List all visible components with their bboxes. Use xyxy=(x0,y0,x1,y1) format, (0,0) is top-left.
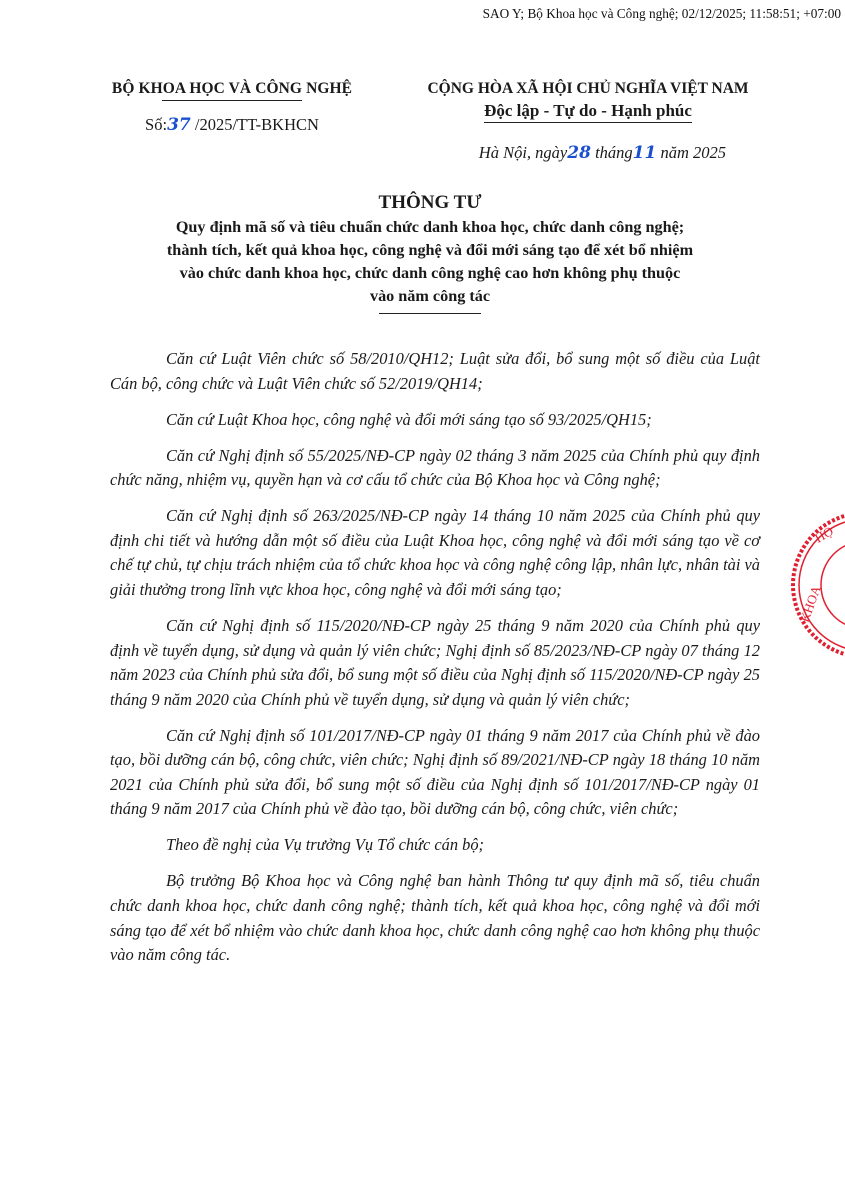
month-label: tháng xyxy=(591,143,633,162)
issuer-underline xyxy=(162,100,302,101)
subject-line: Quy định mã số và tiêu chuẩn chức danh k… xyxy=(100,216,760,239)
subject-line: vào năm công tác xyxy=(100,285,760,308)
preamble-paragraph: Căn cứ Nghị định số 55/2025/NĐ-CP ngày 0… xyxy=(110,444,760,493)
place-date: Hà Nội, ngày28 tháng11 năm 2025 xyxy=(398,143,778,163)
preamble-paragraph: Căn cứ Nghị định số 263/2025/NĐ-CP ngày … xyxy=(110,504,760,602)
handwritten-day: 28 xyxy=(567,143,591,163)
document-type: THÔNG TƯ xyxy=(100,192,760,214)
preamble-paragraph: Căn cứ Luật Khoa học, công nghệ và đổi m… xyxy=(110,408,760,433)
preamble-paragraph: Căn cứ Luật Viên chức số 58/2010/QH12; L… xyxy=(110,347,760,396)
handwritten-number: 37 xyxy=(167,115,191,135)
title-block: THÔNG TƯ Quy định mã số và tiêu chuẩn ch… xyxy=(100,192,760,314)
place-date-prefix: Hà Nội, ngày xyxy=(479,143,567,162)
preamble-paragraph: Bộ trưởng Bộ Khoa học và Công nghệ ban h… xyxy=(110,869,760,967)
svg-text:KHOA: KHOA xyxy=(797,583,824,624)
document-subject: Quy định mã số và tiêu chuẩn chức danh k… xyxy=(100,216,760,308)
national-header: CỘNG HÒA XÃ HỘI CHỦ NGHĨA VIỆT NAM Độc l… xyxy=(398,80,778,123)
national-motto: Độc lập - Tự do - Hạnh phúc xyxy=(484,101,692,123)
digital-signature-stamp: SAO Y; Bộ Khoa học và Công nghệ; 02/12/2… xyxy=(483,6,841,22)
red-official-seal-icon: KHOA HỌ xyxy=(790,505,845,665)
document-number: Số:37 /2025/TT-BKHCN xyxy=(92,115,372,135)
preamble: Căn cứ Luật Viên chức số 58/2010/QH12; L… xyxy=(110,347,760,979)
preamble-paragraph: Theo đề nghị của Vụ trưởng Vụ Tổ chức cá… xyxy=(110,833,760,858)
document-number-suffix: /2025/TT-BKHCN xyxy=(191,115,319,134)
country-name: CỘNG HÒA XÃ HỘI CHỦ NGHĨA VIỆT NAM xyxy=(398,80,778,98)
title-divider xyxy=(379,313,481,314)
document-number-prefix: Số: xyxy=(145,115,167,134)
preamble-paragraph: Căn cứ Nghị định số 101/2017/NĐ-CP ngày … xyxy=(110,724,760,822)
subject-line: thành tích, kết quả khoa học, công nghệ … xyxy=(100,239,760,262)
issuer-block: BỘ KHOA HỌC VÀ CÔNG NGHỆ Số:37 /2025/TT-… xyxy=(92,80,372,135)
subject-line: vào chức danh khoa học, chức danh công n… xyxy=(100,262,760,285)
issuer-name: BỘ KHOA HỌC VÀ CÔNG NGHỆ xyxy=(92,80,372,98)
handwritten-month: 11 xyxy=(633,143,657,163)
year-label: năm 2025 xyxy=(656,143,726,162)
preamble-paragraph: Căn cứ Nghị định số 115/2020/NĐ-CP ngày … xyxy=(110,614,760,712)
